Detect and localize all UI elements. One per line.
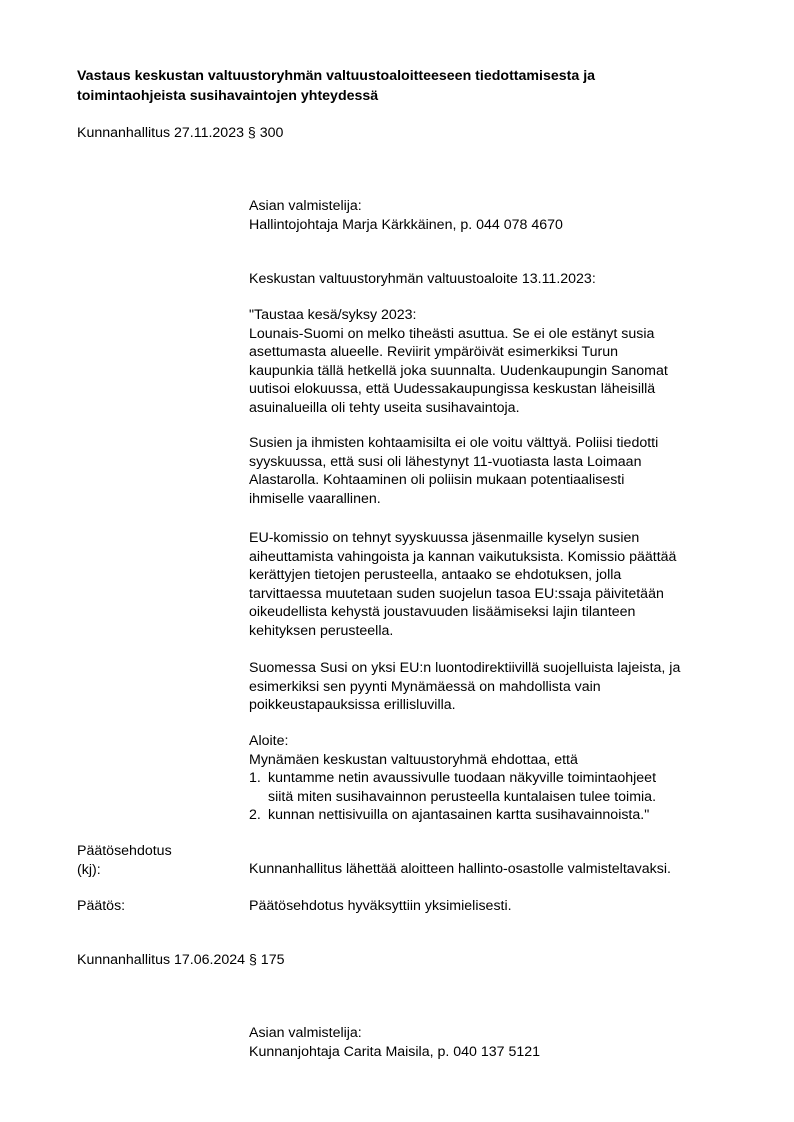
preparer-name: Hallintojohtaja Marja Kärkkäinen, p. 044… [249, 216, 563, 235]
paragraph-line: asettumasta alueelle. Reviirit ympäröivä… [249, 343, 668, 362]
paragraph-line: oikeudellista kehystä joustavuuden lisää… [249, 603, 676, 622]
list-item-line: kunnan nettisivuilla on ajantasainen kar… [268, 806, 656, 825]
paragraph-line: kerättyjen tietojen perusteella, antaako… [249, 566, 676, 585]
decision-label: Päätös: [77, 897, 125, 916]
meeting-1-preparer: Asian valmistelija: Hallintojohtaja Marj… [249, 197, 563, 234]
paragraph-line: esimerkiksi sen pyynti Mynämäessä on mah… [249, 678, 680, 697]
preparer-name: Kunnanjohtaja Carita Maisila, p. 040 137… [249, 1043, 540, 1062]
list-number: 1. [249, 769, 261, 788]
paragraph-protection: Suomessa Susi on yksi EU:n luontodirekti… [249, 659, 680, 715]
paragraph-line: Susien ja ihmisten kohtaamisilta ei ole … [249, 434, 658, 453]
paragraph-line: aiheuttamista vahingoista ja kannan vaik… [249, 548, 676, 567]
meeting-1-heading: Kunnanhallitus 27.11.2023 § 300 [77, 124, 283, 143]
aloite-label: Aloite: [249, 732, 656, 751]
paragraph-background: "Taustaa kesä/syksy 2023:Lounais-Suomi o… [249, 306, 668, 417]
aloite-item-1: 1. kuntamme netin avaussivulle tuodaan n… [249, 769, 656, 806]
aloite-intro: Mynämäen keskustan valtuustoryhmä ehdott… [249, 751, 656, 770]
paragraph-line: EU-komissio on tehnyt syyskuussa jäsenma… [249, 529, 676, 548]
paragraph-line: poikkeustapauksissa erillisluvilla. [249, 696, 680, 715]
paragraph-line: ihmiselle vaarallinen. [249, 490, 658, 509]
paragraph-eu-commission: EU-komissio on tehnyt syyskuussa jäsenma… [249, 529, 676, 640]
list-item-line: kuntamme netin avaussivulle tuodaan näky… [268, 769, 656, 788]
proposal-label-line-1: Päätösehdotus [77, 842, 172, 861]
list-item-line: siitä miten susihavainnon perusteella ku… [268, 788, 656, 807]
paragraph-line: syyskuussa, että susi oli lähestynyt 11-… [249, 453, 658, 472]
paragraph-line: Alastarolla. Kohtaaminen oli poliisin mu… [249, 471, 658, 490]
proposal-label: Päätösehdotus (kj): [77, 842, 172, 879]
proposal-label-line-2: (kj): [77, 861, 172, 880]
paragraph-line: kaupunkia tällä hetkellä joka suunnalta.… [249, 362, 668, 381]
initiative-heading: Keskustan valtuustoryhmän valtuustoaloit… [249, 270, 596, 289]
meeting-2-heading: Kunnanhallitus 17.06.2024 § 175 [77, 951, 284, 970]
preparer-label: Asian valmistelija: [249, 1024, 540, 1043]
title-line-1: Vastaus keskustan valtuustoryhmän valtuu… [77, 67, 697, 87]
paragraph-line: asuinalueilla oli tehty useita susihavai… [249, 399, 668, 418]
paragraph-line: Suomessa Susi on yksi EU:n luontodirekti… [249, 659, 680, 678]
paragraph-line: kehityksen perusteella. [249, 622, 676, 641]
meeting-2-preparer: Asian valmistelija: Kunnanjohtaja Carita… [249, 1024, 540, 1061]
paragraph-line: Lounais-Suomi on melko tiheästi asuttua.… [249, 325, 668, 344]
paragraph-encounters: Susien ja ihmisten kohtaamisilta ei ole … [249, 434, 658, 508]
paragraph-line: uutisoi elokuussa, että Uudessakaupungis… [249, 380, 668, 399]
aloite-item-2: 2. kunnan nettisivuilla on ajantasainen … [249, 806, 656, 825]
list-number: 2. [249, 806, 261, 825]
paragraph-line: "Taustaa kesä/syksy 2023: [249, 306, 668, 325]
proposal-text: Kunnanhallitus lähettää aloitteen hallin… [249, 860, 671, 879]
decision-text: Päätösehdotus hyväksyttiin yksimielisest… [249, 897, 512, 916]
document-title: Vastaus keskustan valtuustoryhmän valtuu… [77, 67, 697, 106]
preparer-label: Asian valmistelija: [249, 197, 563, 216]
initiative-proposal: Aloite: Mynämäen keskustan valtuustoryhm… [249, 732, 656, 825]
paragraph-line: tarvittaessa muutetaan suden suojelun ta… [249, 585, 676, 604]
title-line-2: toimintaohjeista susihavaintojen yhteyde… [77, 87, 697, 107]
